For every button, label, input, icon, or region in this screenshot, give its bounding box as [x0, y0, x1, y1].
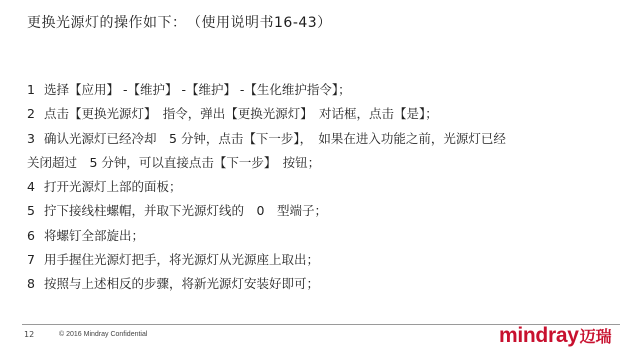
- step-number: 1: [27, 78, 40, 102]
- step-text: 用手握住光源灯把手，将光源灯从光源座上取出；: [44, 252, 319, 267]
- step-number: 2: [27, 102, 40, 126]
- page-number: 12: [24, 330, 34, 339]
- step-text: 将螺钉全部旋出；: [44, 228, 144, 243]
- step-item: 1 选择【应用】 -【维护】 -【维护】 -【生化维护指令】；: [27, 78, 506, 102]
- step-number: 6: [27, 224, 40, 248]
- step-number: 3: [27, 127, 40, 151]
- copyright-notice: © 2016 Mindray Confidential: [59, 331, 147, 338]
- logo-cn-text: 迈瑞: [580, 327, 612, 346]
- procedure-steps: 1 选择【应用】 -【维护】 -【维护】 -【生化维护指令】； 2 点击【更换光…: [27, 78, 506, 297]
- slide-title: 更换光源灯的操作如下： （使用说明书16-43）: [27, 12, 332, 32]
- step-number: 4: [27, 175, 40, 199]
- step-number: 5: [27, 199, 40, 223]
- step-text: 选择【应用】 -【维护】 -【维护】 -【生化维护指令】；: [44, 82, 351, 97]
- step-item-continuation: 关闭超过 5 分钟，可以直接点击【下一步】 按钮；: [27, 151, 506, 175]
- step-item: 4 打开光源灯上部的面板；: [27, 175, 506, 199]
- step-number: 8: [27, 272, 40, 296]
- step-text: 关闭超过 5 分钟，可以直接点击【下一步】 按钮；: [27, 155, 320, 170]
- step-text: 确认光源灯已经冷却 5 分钟，点击【下一步】， 如果在进入功能之前，光源灯已经: [44, 131, 506, 146]
- step-item: 6 将螺钉全部旋出；: [27, 224, 506, 248]
- step-item: 5 拧下接线柱螺帽，并取下光源灯线的 0 型端子；: [27, 199, 506, 223]
- step-item: 2 点击【更换光源灯】 指令，弹出【更换光源灯】 对话框，点击【是】；: [27, 102, 506, 126]
- step-text: 打开光源灯上部的面板；: [44, 179, 182, 194]
- step-text: 拧下接线柱螺帽，并取下光源灯线的 0 型端子；: [44, 203, 327, 218]
- step-item: 3 确认光源灯已经冷却 5 分钟，点击【下一步】， 如果在进入功能之前，光源灯已…: [27, 127, 506, 151]
- step-text: 点击【更换光源灯】 指令，弹出【更换光源灯】 对话框，点击【是】；: [44, 106, 438, 121]
- step-text: 按照与上述相反的步骤，将新光源灯安装好即可；: [44, 276, 319, 291]
- step-number: 7: [27, 248, 40, 272]
- step-item: 7 用手握住光源灯把手，将光源灯从光源座上取出；: [27, 248, 506, 272]
- logo-text: mindray: [499, 324, 579, 347]
- mindray-logo: mindray迈瑞: [499, 324, 612, 348]
- step-item: 8 按照与上述相反的步骤，将新光源灯安装好即可；: [27, 272, 506, 296]
